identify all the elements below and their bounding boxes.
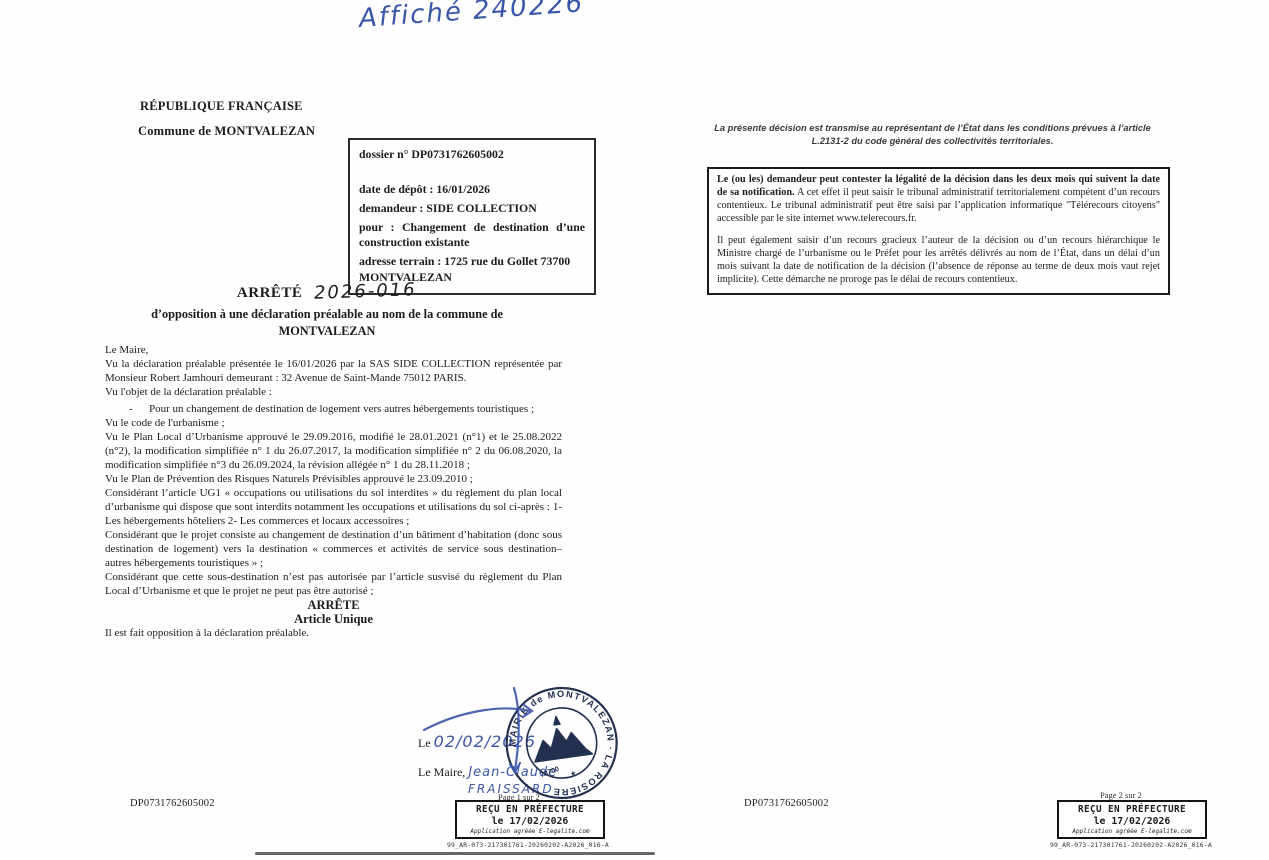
arrete-subtitle-line1: d’opposition à une déclaration préalable… — [151, 307, 503, 321]
stamp-left-line1: REÇU EN PRÉFECTURE — [457, 804, 603, 815]
dossier-pour: pour : Changement de destination d’une c… — [359, 220, 585, 250]
prefecture-stamp-right: REÇU EN PRÉFECTURE le 17/02/2026 Applica… — [1057, 800, 1207, 839]
article-unique-heading: Article Unique — [105, 612, 562, 626]
considerant-2: Considérant que le projet consiste au ch… — [105, 528, 562, 570]
dossier-demandeur: demandeur : SIDE COLLECTION — [359, 201, 585, 216]
footer-ref-left: DP0731762605002 — [130, 798, 215, 809]
vu-plu: Vu le Plan Local d’Urbanisme approuvé le… — [105, 430, 562, 472]
arrete-subtitle-line2: MONTVALEZAN — [279, 324, 376, 338]
page-number-right: Page 2 sur 2 — [1100, 790, 1142, 800]
commune-heading: Commune de MONTVALEZAN — [138, 124, 315, 139]
vu-declaration: Vu la déclaration préalable présentée le… — [105, 357, 562, 385]
considerant-1: Considérant l’article UG1 « occupations … — [105, 486, 562, 528]
seal-star-icon: ★ — [570, 769, 577, 778]
article-unique-text: Il est fait opposition à la déclaration … — [105, 626, 562, 640]
arrete-number-handwritten: 2026-016 — [314, 279, 417, 304]
footer-ref-right: DP0731762605002 — [744, 798, 829, 809]
seal-graphic: MAIRIE de MONTVALEZAN ∙ LA ROSIÈRE 73700… — [495, 676, 628, 809]
document-body: Le Maire, Vu la déclaration préalable pr… — [105, 343, 562, 640]
scan-artifact-line — [255, 852, 655, 855]
considerant-3: Considérant que cette sous-destination n… — [105, 570, 562, 598]
handwritten-posted-note: Affiché 240226 — [358, 0, 585, 34]
commune-seal: MAIRIE de MONTVALEZAN ∙ LA ROSIÈRE 73700… — [495, 676, 629, 814]
arrete-section-heading: ARRÊTE — [105, 598, 562, 612]
arrete-title-line: ARRÊTÉ 2026-016 — [103, 281, 551, 302]
maire-label: Le Maire, — [418, 765, 465, 779]
vu-pprn: Vu le Plan de Prévention des Risques Nat… — [105, 472, 562, 486]
dossier-number-line: dossier n° DP0731762605002 — [359, 147, 585, 162]
bullet-text: Pour un changement de destination de log… — [149, 402, 534, 416]
transmission-note: La présente décision est transmise au re… — [700, 122, 1165, 147]
arrete-title: ARRÊTÉ — [237, 285, 303, 301]
dossier-info-box: dossier n° DP0731762605002 date de dépôt… — [348, 138, 596, 295]
vu-objet: Vu l'objet de la déclaration préalable : — [105, 385, 562, 399]
recours-paragraph-1: Le (ou les) demandeur peut contester la … — [717, 174, 1160, 226]
dossier-date-depot: date de dépôt : 16/01/2026 — [359, 182, 585, 197]
stamp-left-line2: le 17/02/2026 — [457, 816, 603, 827]
stamp-right-line1: REÇU EN PRÉFECTURE — [1059, 804, 1205, 815]
vu-code-urbanisme: Vu le code de l'urbanisme ; — [105, 416, 562, 430]
le-label: Le — [418, 736, 431, 750]
stamp-right-code: 99_AR-073-217301761-20260202-A2026_016-A — [1050, 841, 1212, 849]
stamp-left-code: 99_AR-073-217301761-20260202-A2026_016-A — [447, 841, 609, 849]
mountain-village-icon — [529, 712, 592, 762]
stamp-right-line2: le 17/02/2026 — [1059, 816, 1205, 827]
objet-bullet-item: - Pour un changement de destination de l… — [105, 402, 562, 416]
republic-heading: RÉPUBLIQUE FRANÇAISE — [140, 99, 303, 114]
recours-notice-box: Le (ou les) demandeur peut contester la … — [707, 167, 1170, 295]
stamp-right-line3: Application agréée E-legalite.com — [1059, 828, 1205, 835]
title-block: ARRÊTÉ 2026-016 d’opposition à une décla… — [103, 281, 551, 339]
salutation: Le Maire, — [105, 343, 562, 357]
recours-paragraph-2: Il peut également saisir d’un recours gr… — [717, 235, 1160, 287]
stamp-left-line3: Application agréée E-legalite.com — [457, 828, 603, 835]
bullet-dash: - — [129, 402, 149, 416]
prefecture-stamp-left: REÇU EN PRÉFECTURE le 17/02/2026 Applica… — [455, 800, 605, 839]
arrete-subtitle: d’opposition à une déclaration préalable… — [103, 306, 551, 339]
